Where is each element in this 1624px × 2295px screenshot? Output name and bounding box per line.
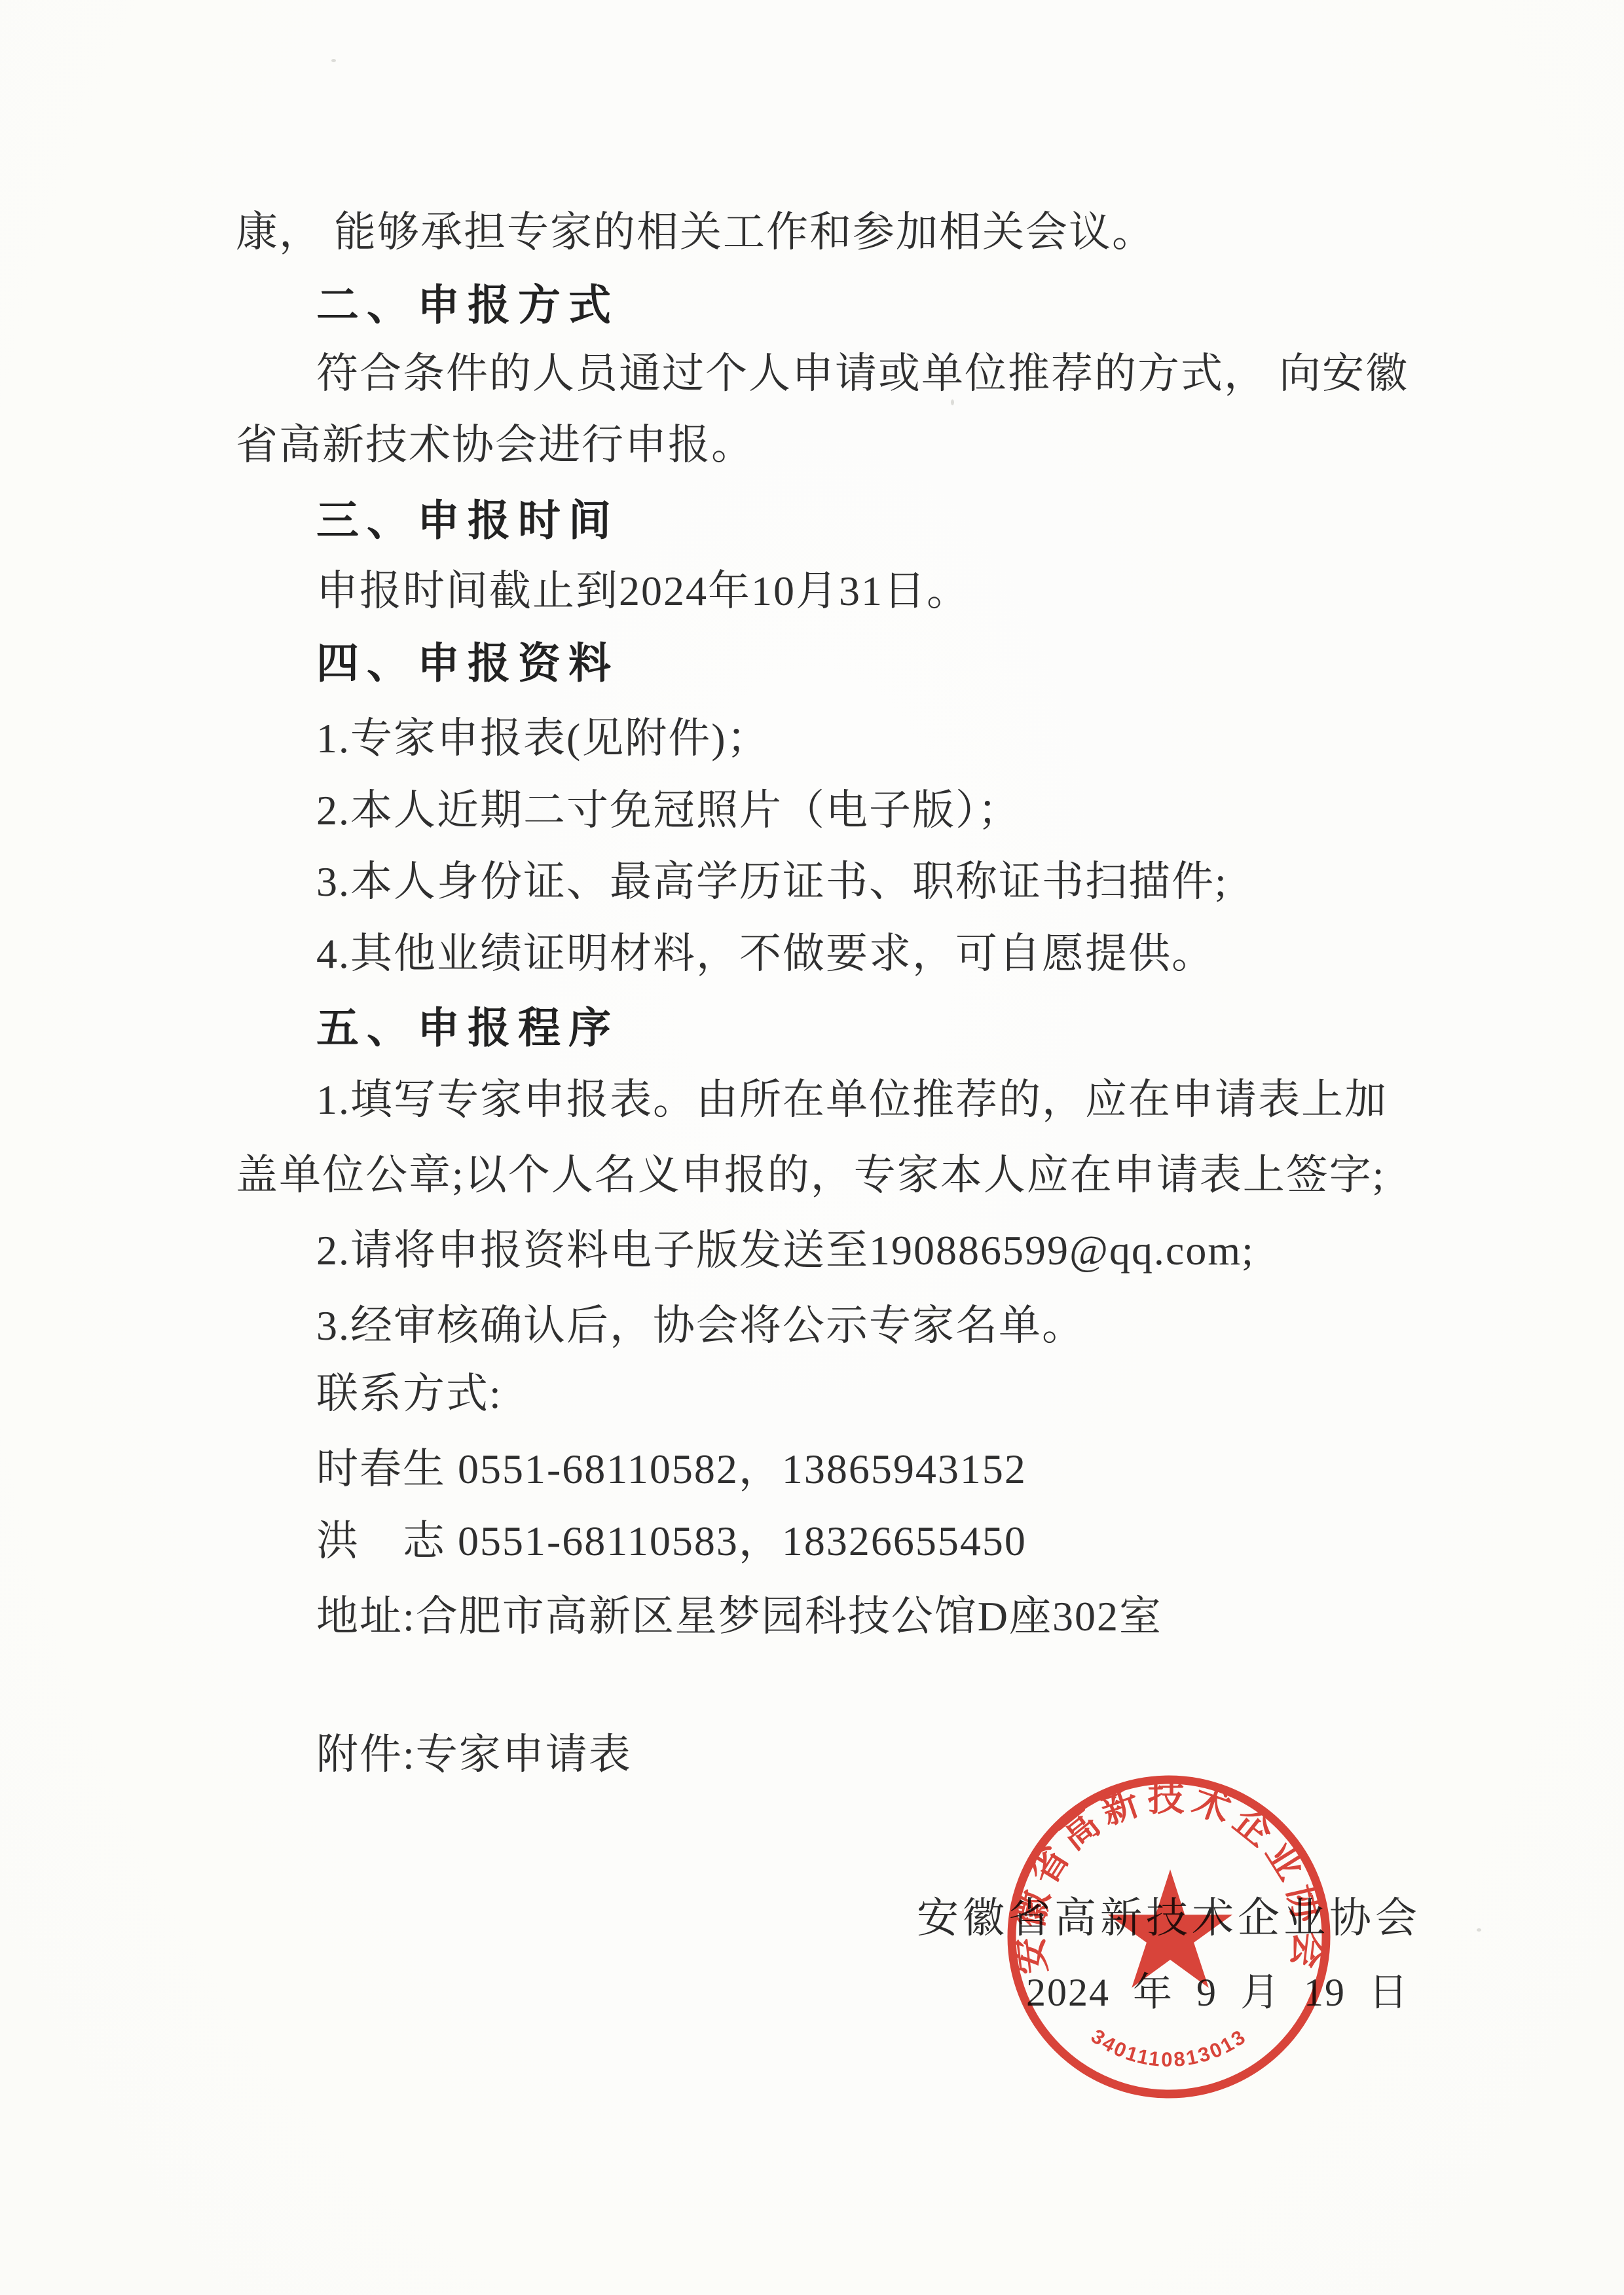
- section-heading-3: 三、申报时间: [316, 490, 619, 551]
- document-page: 康， 能够承担专家的相关工作和参加相关会议。 二、申报方式 符合条件的人员通过个…: [0, 0, 1624, 2295]
- section-heading-5: 五、申报程序: [316, 998, 619, 1058]
- section-heading-2: 二、申报方式: [316, 275, 619, 335]
- doc-line-step-1: 1.填写专家申报表。由所在单位推荐的，应在申请表上加: [316, 1070, 1388, 1130]
- doc-line-step-3: 3.经审核确认后，协会将公示专家名单。: [316, 1296, 1085, 1356]
- doc-line-continuation: 康， 能够承担专家的相关工作和参加相关会议。: [236, 202, 1155, 263]
- star-icon: [1108, 1869, 1232, 1988]
- section-heading-4: 四、申报资料: [316, 633, 619, 693]
- doc-line: 符合条件的人员通过个人申请或单位推荐的方式， 向安徽: [316, 344, 1409, 404]
- doc-line-item-4: 4.其他业绩证明材料，不做要求，可自愿提供。: [316, 924, 1215, 984]
- doc-line-contact-1: 时春生 0551-68110582，13865943152: [316, 1439, 1027, 1499]
- doc-line-item-3: 3.本人身份证、最高学历证书、职称证书扫描件;: [316, 852, 1228, 912]
- doc-line-attachment: 附件:专家申请表: [316, 1725, 632, 1785]
- official-seal: 安徽省高新技术企业协会 3401110813013: [1005, 1773, 1333, 2101]
- scan-speck: [1477, 1928, 1481, 1932]
- seal-code: 3401110813013: [1087, 2025, 1251, 2071]
- doc-line: 省高新技术协会进行申报。: [236, 415, 754, 475]
- doc-line-deadline: 申报时间截止到2024年10月31日。: [316, 561, 970, 621]
- doc-line-contact-2: 洪 志 0551-68110583，18326655450: [316, 1511, 1027, 1571]
- doc-line-item-2: 2.本人近期二寸免冠照片（电子版）；: [316, 780, 1021, 841]
- doc-line-contact-label: 联系方式:: [316, 1364, 502, 1424]
- doc-line-step-2-email: 2.请将申报资料电子版发送至190886599@qq.com;: [316, 1221, 1255, 1281]
- doc-line-item-1: 1.专家申报表(见附件)；: [316, 708, 770, 769]
- scan-speck: [331, 59, 336, 62]
- scan-speck: [951, 399, 954, 405]
- doc-line-address: 地址:合肥市高新区星梦园科技公馆D座302室: [316, 1587, 1162, 1647]
- doc-line-step-1-cont: 盖单位公章;以个人名义申报的，专家本人应在申请表上签字;: [236, 1145, 1386, 1205]
